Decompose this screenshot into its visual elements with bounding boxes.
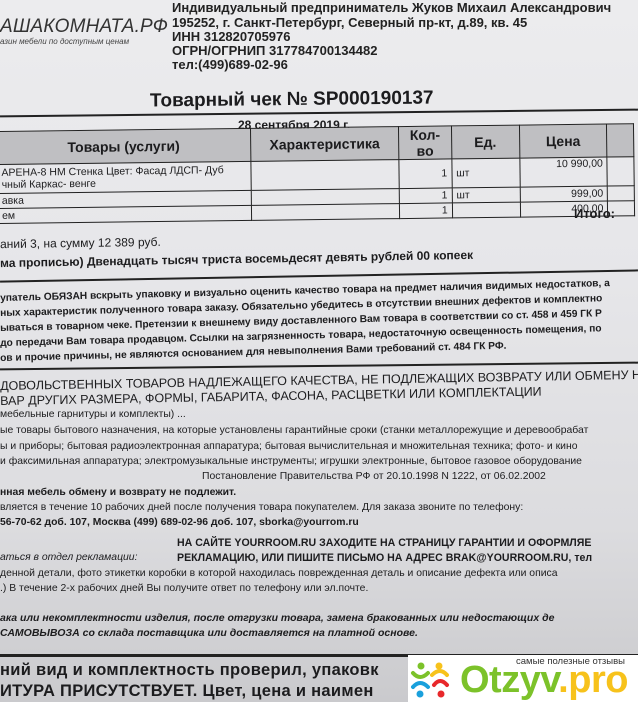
receipt-title: Товарный чек № SP000190137 <box>150 88 434 113</box>
col-price: Цена <box>519 124 607 158</box>
seller-name: Индивидуальный предприниматель Жуков Мих… <box>172 0 611 15</box>
claims-line: денной детали, фото этикетки коробки в к… <box>0 568 557 579</box>
col-unit: Ед. <box>451 125 519 159</box>
claims-email-line: РЕКЛАМАЦИЮ, ИЛИ ПИШИТЕ ПИСЬМО НА АДРЕС B… <box>177 552 592 564</box>
item-unit: шт <box>452 158 520 188</box>
item-name: АРЕНА-8 НМ Стенка Цвет: Фасад ЛДСП- Дубч… <box>0 161 251 193</box>
store-tagline: азин мебели по доступным ценам <box>0 37 129 46</box>
decree-reference: Постановление Правительства РФ от 20.10.… <box>202 471 546 482</box>
item-characteristic <box>251 160 400 191</box>
sum-line: аний 3, на сумму 12 389 руб. <box>0 235 161 251</box>
footer-line: ний вид и комплектность проверил, упаков… <box>0 661 379 680</box>
otzyv-logo-icon <box>410 661 450 699</box>
otzyv-brand: Otzyv.pro <box>460 659 628 702</box>
col-goods: Товары (услуги) <box>0 128 251 164</box>
non-return-line: ые товары бытового назначения, на которы… <box>0 425 588 436</box>
defects-line: ака или некомплектности изделия, после о… <box>0 612 554 624</box>
non-return-line: мебельные гарнитуры и комплекты) ... <box>0 409 186 420</box>
store-logo: АШАКОМНАТА.РФ <box>0 16 168 38</box>
item-price: 10 990,00 <box>520 157 608 187</box>
defects-line: САМОВЫВОЗА со склада поставщика или дост… <box>0 627 418 639</box>
col-characteristic: Характеристика <box>250 127 399 162</box>
total-label: Итого: <box>574 206 615 221</box>
assembly-note: нная мебель обмену и возврату не подлежи… <box>0 487 236 498</box>
col-qty: Кол-во <box>399 126 452 160</box>
item-price: 999,00 <box>520 186 608 202</box>
items-table: Товары (услуги) Характеристика Кол-во Ед… <box>0 123 635 224</box>
assembly-line: вляется в течение 10 рабочих дней после … <box>0 502 523 513</box>
receipt-document: АШАКОМНАТА.РФ азин мебели по доступным ц… <box>0 0 638 702</box>
assembly-contacts: 56-70-62 доб. 107, Москва (499) 689-02-9… <box>0 517 359 528</box>
otzyv-watermark: самые полезные отзывы Otzyv.pro <box>408 655 638 702</box>
item-characteristic <box>251 204 399 221</box>
item-unit <box>452 202 520 218</box>
claims-line: .) В течение 2-х рабочих дней Вы получит… <box>0 583 368 594</box>
item-unit: шт <box>452 187 520 203</box>
non-return-line: и факсимильная аппаратура; электромузыка… <box>0 456 582 467</box>
sum-in-words: ма прописью) Двенадцать тысяч триста вос… <box>0 248 473 270</box>
claims-site-line: НА САЙТЕ YOURROOM.RU ЗАХОДИТЕ НА СТРАНИЦ… <box>177 537 591 549</box>
item-qty: 1 <box>399 159 452 189</box>
item-name: ем <box>0 205 251 223</box>
item-qty: 1 <box>399 203 452 219</box>
seller-address: 195252, г. Санкт-Петербург, Северный пр-… <box>172 15 527 30</box>
item-qty: 1 <box>399 188 452 204</box>
seller-ogrn: ОГРН/ОГРНИП 317784700134482 <box>172 43 377 58</box>
seller-inn: ИНН 312820705976 <box>172 29 291 44</box>
claims-label: аться в отдел рекламации: <box>0 552 137 563</box>
seller-phone: тел:(499)689-02-96 <box>172 57 288 72</box>
footer-line: ИТУРА ПРИСУТСТВУЕТ. Цвет, цена и наимен <box>0 682 374 701</box>
non-return-line: ы и приборы; бытовая радиоэлектронная ап… <box>0 441 577 452</box>
col-extra <box>607 124 634 157</box>
